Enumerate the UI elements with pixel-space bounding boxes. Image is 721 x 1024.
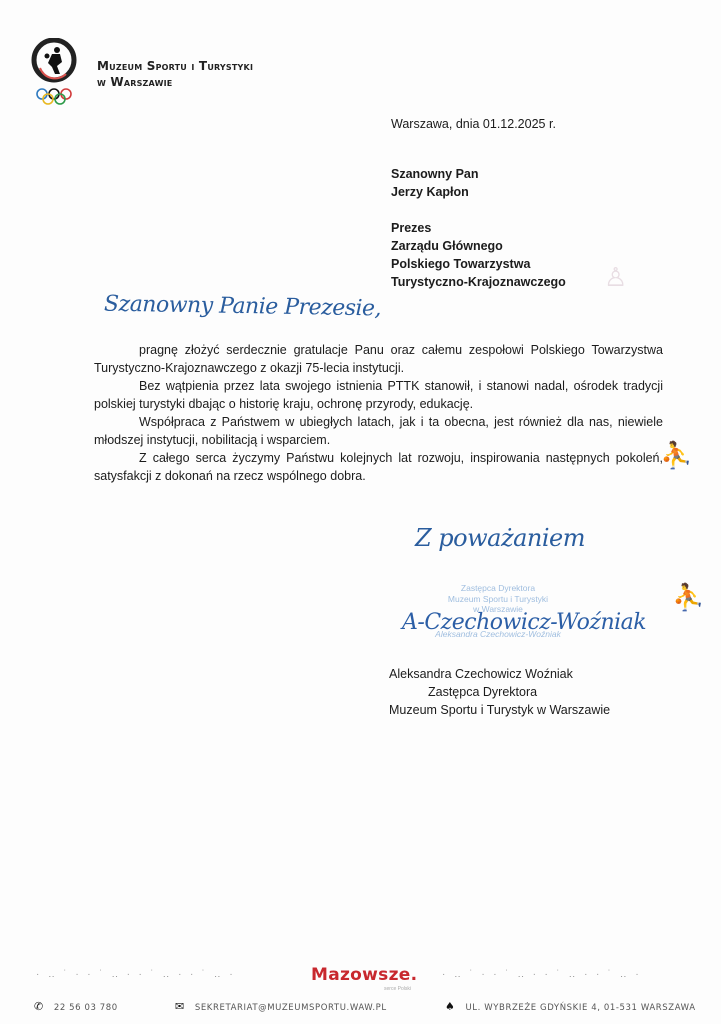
body-paragraph: Bez wątpienia przez lata swojego istnien… (94, 377, 663, 413)
signatory-institution: Muzeum Sportu i Turystyk w Warszawie (389, 701, 610, 719)
envelope-icon: ✉ (175, 1000, 185, 1013)
footer-email: ✉SEKRETARIAT@MUZEUMSPORTU.WAW.PL (175, 1000, 387, 1013)
letter-date: Warszawa, dnia 01.12.2025 r. (391, 117, 556, 131)
email-address: SEKRETARIAT@MUZEUMSPORTU.WAW.PL (195, 1003, 387, 1013)
faint-watermark-figure: ♙ (604, 262, 627, 293)
footer-phone: ✆22 56 03 780 (34, 1000, 118, 1013)
recipient-org-line: Zarządu Głównego (391, 237, 566, 255)
body-paragraph: pragnę złożyć serdecznie gratulacje Panu… (94, 341, 663, 377)
mazowsze-logo: Mazowsze. (311, 965, 417, 985)
museum-logo (30, 38, 78, 110)
recipient-block: Szanowny Pan Jerzy Kapłon Prezes Zarządu… (391, 165, 566, 291)
signatory-position: Zastępca Dyrektora (389, 683, 610, 701)
letter-body: pragnę złożyć serdecznie gratulacje Panu… (94, 341, 663, 485)
recipient-org-line: Turystyczno-Krajoznawczego (391, 273, 566, 291)
body-paragraph: Współpraca z Państwem w ubiegłych latach… (94, 413, 663, 449)
discus-thrower-logo-icon (30, 38, 78, 110)
location-icon: ♠ (445, 1000, 455, 1013)
org-name-line2: w Warszawie (97, 74, 253, 90)
recipient-org-line: Polskiego Towarzystwa (391, 255, 566, 273)
body-paragraph: Z całego serca życzymy Państwu kolejnych… (94, 449, 663, 485)
footer-address: ♠UL. WYBRZEŻE GDYŃSKIE 4, 01-531 WARSZAW… (445, 1000, 696, 1013)
org-name-line1: Muzeum Sportu i Turystyki (97, 58, 253, 74)
mazowsze-tagline: serce Polski (384, 986, 411, 992)
signatory-name: Aleksandra Czechowicz Woźniak (389, 665, 610, 683)
faint-watermark-figure: ⛹ (660, 440, 692, 471)
signatory-block: Aleksandra Czechowicz Woźniak Zastępca D… (389, 665, 610, 719)
faint-watermark-figure: ⛹ (672, 582, 704, 613)
recipient-title: Prezes (391, 219, 566, 237)
footer-decorative-band-right: · ‥ ˙ ∙ · ˙ ‥ ∙ · ˙ ‥ · ∙ ˙ ‥ · (442, 969, 642, 980)
handwritten-salutation: Szanowny Panie Prezesie, (104, 292, 381, 322)
handwritten-closing: Z poważaniem (415, 524, 585, 552)
stamp-line: Zastępca Dyrektora (418, 583, 578, 594)
stamp-line: Muzeum Sportu i Turystyki (418, 594, 578, 605)
postal-address: UL. WYBRZEŻE GDYŃSKIE 4, 01-531 WARSZAWA (465, 1003, 695, 1013)
recipient-name: Jerzy Kapłon (391, 183, 566, 201)
recipient-salutation: Szanowny Pan (391, 165, 566, 183)
signature: A-Czechowicz-Woźniak (402, 610, 646, 635)
organization-name: Muzeum Sportu i Turystyki w Warszawie (97, 58, 253, 90)
phone-number: 22 56 03 780 (54, 1003, 118, 1013)
footer-decorative-band-left: · ‥ ˙ ∙ · ˙ ‥ ∙ · ˙ ‥ · ∙ ˙ ‥ · (36, 969, 236, 980)
phone-icon: ✆ (34, 1000, 44, 1013)
